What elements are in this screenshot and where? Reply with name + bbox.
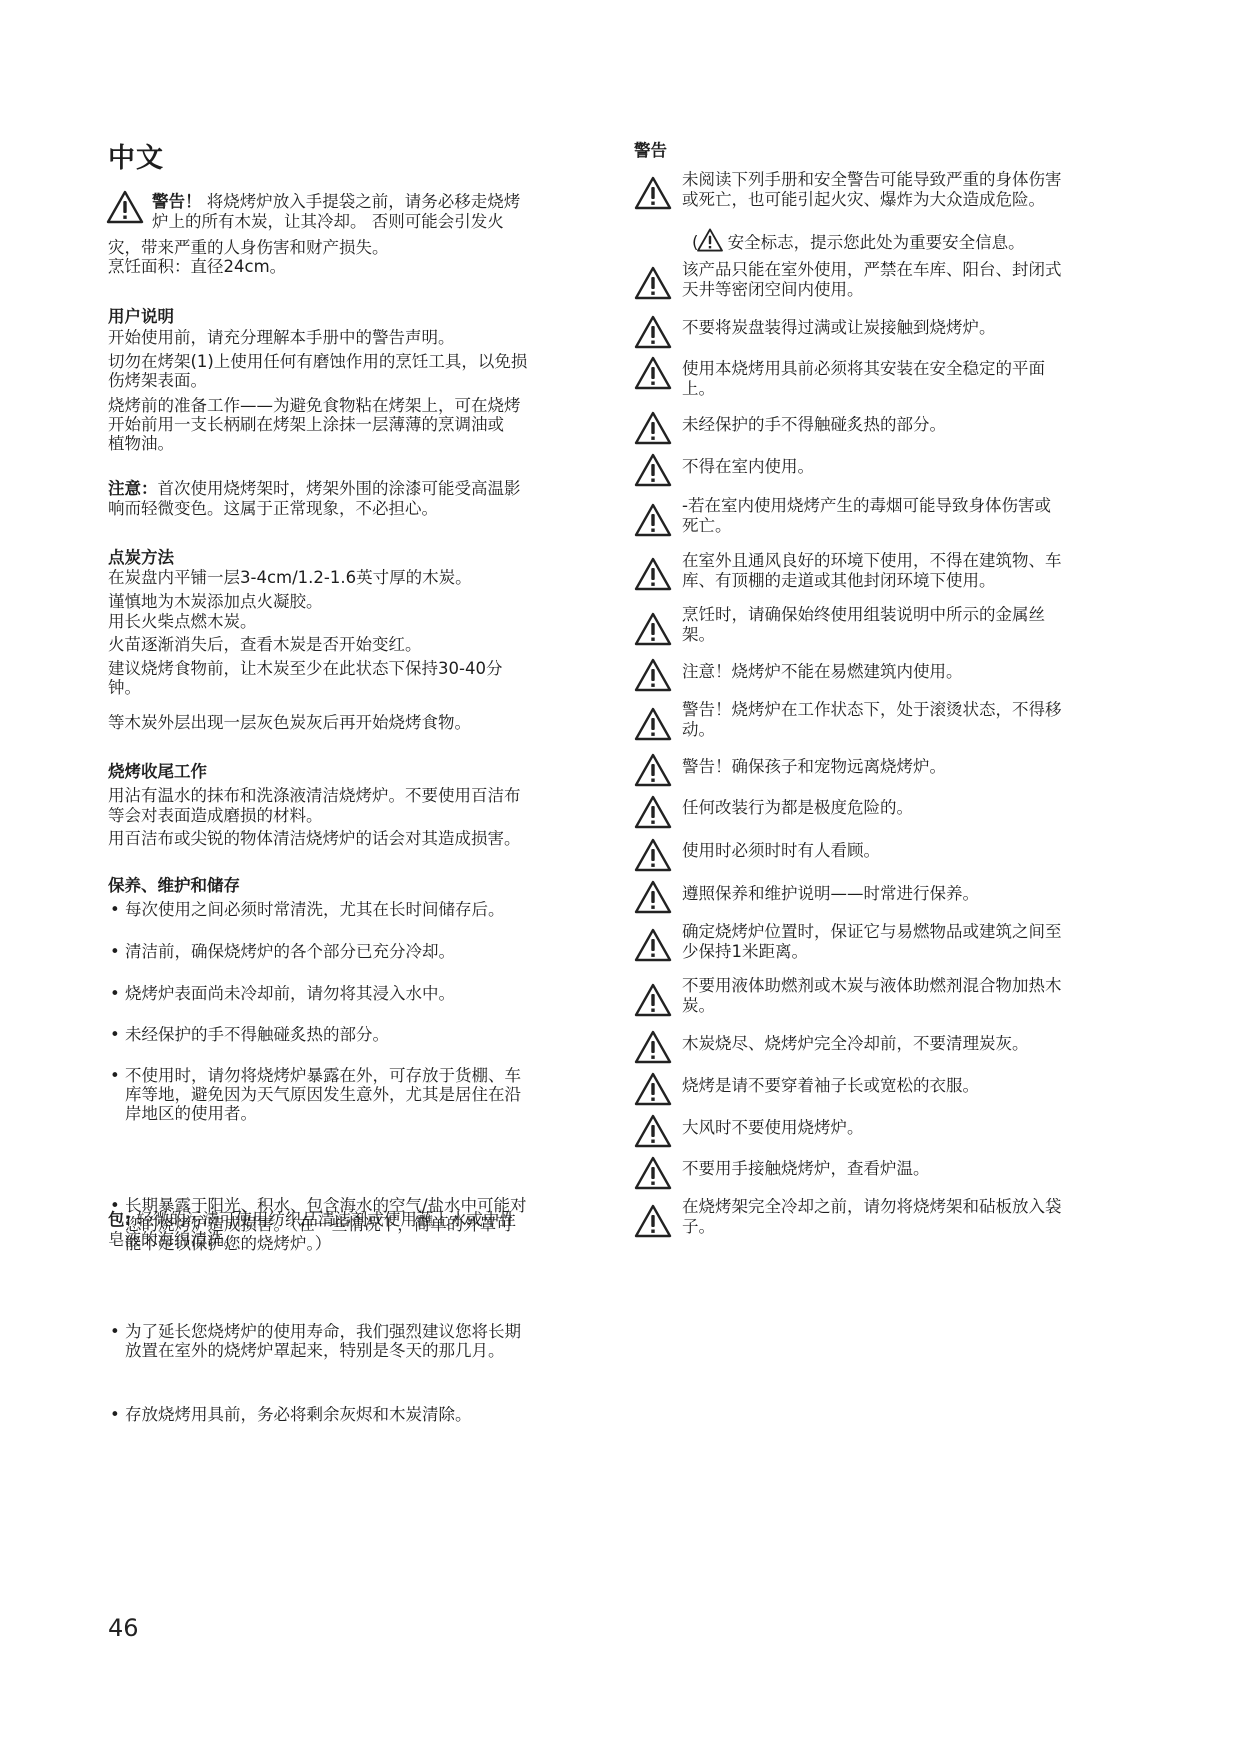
- left-column: 警告！ 将烧烤炉放入手提袋之前，请务必移走烧烤 炉上的所有木炭，让其冷却。 否则…: [108, 0, 608, 247]
- care-bullet: • 清洁前，确保烧烤炉的各个部分已充分冷却。: [108, 942, 625, 961]
- user-guide-line: 烧烤前的准备工作——为避免食物粘在烤架上，可在烧烤: [108, 396, 521, 415]
- warning-line: -若在室内使用烧烤产生的毒烟可能导致身体伤害或: [682, 496, 1134, 516]
- warning-line: 烧烤是请不要穿着袖子长或宽松的衣服。: [682, 1076, 1134, 1096]
- warning-triangle-icon: [634, 838, 672, 870]
- warning-item: 使用时必须时时有人看顾。: [634, 841, 1134, 861]
- warning-item: 在烧烤架完全冷却之前，请勿将烧烤架和砧板放入袋子。: [634, 1197, 1134, 1237]
- warning-line: 不得在室内使用。: [682, 457, 1134, 477]
- bullet-text: 每次使用之间必须时常清洗，尤其在长时间储存后。: [125, 900, 625, 919]
- warning-item: 该产品只能在室外使用，严禁在车库、阳台、封闭式天井等密闭空间内使用。: [634, 260, 1134, 300]
- warning-item: 不要将炭盘装得过满或让炭接触到烧烤炉。: [634, 318, 1134, 338]
- warning-triangle-icon: [634, 612, 672, 644]
- warning-triangle-icon: [634, 1072, 672, 1104]
- warning-line: 天井等密闭空间内使用。: [682, 280, 1134, 300]
- warning-text: 烹饪时，请确保始终使用组装说明中所示的金属丝架。: [682, 605, 1134, 645]
- warning-text: 使用时必须时时有人看顾。: [682, 841, 1134, 861]
- warning-line: 炭。: [682, 996, 1134, 1016]
- warning-line: 动。: [682, 720, 1134, 740]
- user-guide-line: 切勿在烤架(1)上使用任何有磨蚀作用的烹饪工具，以免损: [108, 352, 527, 371]
- lighting-line: 火苗逐渐消失后，查看木炭是否开始变红。: [108, 635, 422, 654]
- warning-triangle-icon: [634, 983, 672, 1015]
- bullet-dot: •: [110, 900, 120, 919]
- warning-line: 死亡。: [682, 516, 1134, 536]
- warning-triangle-icon: [634, 658, 672, 690]
- warning-text: 不得在室内使用。: [682, 457, 1134, 477]
- warning-text: 大风时不要使用烧烤炉。: [682, 1118, 1134, 1138]
- warning-line: 在烧烤架完全冷却之前，请勿将烧烤架和砧板放入袋: [682, 1197, 1134, 1217]
- warning-line: 任何改装行为都是极度危险的。: [682, 798, 1134, 818]
- warning-triangle-icon: [634, 880, 672, 912]
- warning-item: 使用本烧烤用具前必须将其安装在安全稳定的平面上。: [634, 359, 1134, 399]
- user-guide-line: 植物油。: [108, 434, 174, 453]
- safety-symbol-note: ( 安全标志，提示您此处为重要安全信息。: [692, 228, 1025, 252]
- warning-triangle-icon: [634, 557, 672, 589]
- warning-text: 未经保护的手不得触碰炙热的部分。: [682, 415, 1134, 435]
- bullet-text: 烧烤炉表面尚未冷却前，请勿将其浸入水中。: [125, 984, 625, 1003]
- bullet-text: 放置在室外的烧烤炉罩起来，特别是冬天的那几月。: [125, 1341, 625, 1360]
- warning-triangle-icon: [634, 266, 672, 298]
- intro-warning-line2: 炉上的所有木炭，让其冷却。 否则可能会引发火: [152, 212, 504, 231]
- warning-line: 不要用手接触烧烤炉，查看炉温。: [682, 1159, 1134, 1179]
- warning-item: 木炭烧尽、烧烤炉完全冷却前，不要清理炭灰。: [634, 1034, 1134, 1054]
- warning-line: 不要用液体助燃剂或木炭与液体助燃剂混合物加热木: [682, 976, 1134, 996]
- care-bullet: • 不使用时，请勿将烧烤炉暴露在外，可存放于货棚、车 库等地，避免因为天气原因发…: [108, 1066, 625, 1123]
- lighting-line: 用长火柴点燃木炭。: [108, 612, 257, 631]
- care-bullet: • 未经保护的手不得触碰炙热的部分。: [108, 1025, 625, 1044]
- warning-text: 确定烧烤炉位置时，保证它与易燃物品或建筑之间至少保持1米距离。: [682, 922, 1134, 962]
- bullet-text: 岸地区的使用者。: [125, 1104, 625, 1123]
- care-bullet: • 存放烧烤用具前，务必将剩余灰烬和木炭清除。: [108, 1405, 625, 1424]
- bag-label: 包:: [108, 1210, 131, 1229]
- warning-text: 木炭烧尽、烧烤炉完全冷却前，不要清理炭灰。: [682, 1034, 1134, 1054]
- warning-line: 在室外且通风良好的环境下使用，不得在建筑物、车: [682, 551, 1134, 571]
- user-guide-line: 开始使用前，请充分理解本手册中的警告声明。: [108, 328, 455, 347]
- bag-line2: 皂液的海绵清洗。: [108, 1230, 240, 1249]
- warning-line: 少保持1米距离。: [682, 942, 1134, 962]
- warning-item: 注意！烧烤炉不能在易燃建筑内使用。: [634, 662, 1134, 682]
- warning-item: -若在室内使用烧烤产生的毒烟可能导致身体伤害或死亡。: [634, 496, 1134, 536]
- warning-triangle-icon: [634, 503, 672, 535]
- lighting-line: 钟。: [108, 678, 141, 697]
- warning-line: 烹饪时，请确保始终使用组装说明中所示的金属丝: [682, 605, 1134, 625]
- warning-line: 使用时必须时时有人看顾。: [682, 841, 1134, 861]
- user-guide-line: 伤烤架表面。: [108, 371, 207, 390]
- lighting-line: 谨慎地为木炭添加点火凝胶。: [108, 592, 323, 611]
- warning-triangle-icon: [634, 356, 672, 388]
- bullet-text: 库等地，避免因为天气原因发生意外，尤其是居住在沿: [125, 1085, 625, 1104]
- finishing-line: 等会对表面造成磨损的材料。: [108, 806, 323, 825]
- bullet-text: 不使用时，请勿将烧烤炉暴露在外，可存放于货棚、车: [125, 1066, 625, 1085]
- warning-line: 未经保护的手不得触碰炙热的部分。: [682, 415, 1134, 435]
- warning-text: 注意！烧烤炉不能在易燃建筑内使用。: [682, 662, 1134, 682]
- finishing-line: 用沾有温水的抹布和洗涤液清洁烧烤炉。不要使用百洁布: [108, 786, 521, 805]
- intro-warning-line3: 灾，带来严重的人身伤害和财产损失。: [108, 238, 389, 257]
- note-label: 注意：: [108, 479, 158, 498]
- bullet-text: 存放烧烤用具前，务必将剩余灰烬和木炭清除。: [125, 1405, 625, 1424]
- warning-line: 使用本烧烤用具前必须将其安装在安全稳定的平面: [682, 359, 1134, 379]
- note-line1: 注意：首次使用烧烤架时，烤架外围的涂漆可能受高温影: [108, 479, 521, 498]
- warning-item: 大风时不要使用烧烤炉。: [634, 1118, 1134, 1138]
- warning-line: 架。: [682, 625, 1134, 645]
- warning-triangle-icon: [634, 707, 672, 739]
- warning-item: 不要用液体助燃剂或木炭与液体助燃剂混合物加热木炭。: [634, 976, 1134, 1016]
- warning-item: 确定烧烤炉位置时，保证它与易燃物品或建筑之间至少保持1米距离。: [634, 922, 1134, 962]
- warnings-heading: 警告: [634, 141, 667, 161]
- warning-item: 在室外且通风良好的环境下使用，不得在建筑物、车库、有顶棚的走道或其他封闭环境下使…: [634, 551, 1134, 591]
- warning-line: 警告！烧烤炉在工作状态下，处于滚烫状态，不得移: [682, 700, 1134, 720]
- bag-text: 轻微的污渍可使用纺织品清洁剂或使用蘸上水或中性: [131, 1210, 516, 1229]
- warning-triangle-icon: [634, 1030, 672, 1062]
- section-heading-finishing: 烧烤收尾工作: [108, 762, 207, 782]
- warning-text: 使用本烧烤用具前必须将其安装在安全稳定的平面上。: [682, 359, 1134, 399]
- lighting-line: 在炭盘内平铺一层3-4cm/1.2-1.6英寸厚的木炭。: [108, 568, 472, 587]
- bullet-text: 为了延长您烧烤炉的使用寿命，我们强烈建议您将长期: [125, 1322, 625, 1341]
- warning-line: 木炭烧尽、烧烤炉完全冷却前，不要清理炭灰。: [682, 1034, 1134, 1054]
- warning-triangle-icon: [634, 795, 672, 827]
- intro-warning-text: 将烧烤炉放入手提袋之前，请务必移走烧烤: [202, 192, 521, 211]
- warning-line: 大风时不要使用烧烤炉。: [682, 1118, 1134, 1138]
- warning-text: 不要将炭盘装得过满或让炭接触到烧烤炉。: [682, 318, 1134, 338]
- warning-text: -若在室内使用烧烤产生的毒烟可能导致身体伤害或死亡。: [682, 496, 1134, 536]
- warning-item: 烧烤是请不要穿着袖子长或宽松的衣服。: [634, 1076, 1134, 1096]
- bag-line1: 包: 轻微的污渍可使用纺织品清洁剂或使用蘸上水或中性: [108, 1210, 516, 1229]
- bullet-text: 清洁前，确保烧烤炉的各个部分已充分冷却。: [125, 942, 625, 961]
- lighting-line: 等木炭外层出现一层灰色炭灰后再开始烧烤食物。: [108, 713, 471, 732]
- warning-text: 遵照保养和维护说明——时常进行保养。: [682, 884, 1134, 904]
- care-bullet: • 每次使用之间必须时常清洗，尤其在长时间储存后。: [108, 900, 625, 919]
- warning-text: 未阅读下列手册和安全警告可能导致严重的身体伤害或死亡，也可能引起火灾、爆炸为大众…: [682, 170, 1134, 210]
- warning-line: 遵照保养和维护说明——时常进行保养。: [682, 884, 1134, 904]
- warning-line: 子。: [682, 1217, 1134, 1237]
- warning-triangle-icon: [634, 453, 672, 485]
- warning-triangle-icon: [634, 315, 672, 347]
- warning-item: 警告！确保孩子和宠物远离烧烤炉。: [634, 757, 1134, 777]
- warning-triangle-icon: [634, 928, 672, 960]
- bullet-dot: •: [110, 1066, 120, 1085]
- warning-line: 该产品只能在室外使用，严禁在车库、阳台、封闭式: [682, 260, 1134, 280]
- cooking-area: 烹饪面积：直径24cm。: [108, 257, 286, 276]
- bullet-text: 未经保护的手不得触碰炙热的部分。: [125, 1025, 625, 1044]
- care-bullet: • 烧烤炉表面尚未冷却前，请勿将其浸入水中。: [108, 984, 625, 1003]
- warning-line: 或死亡，也可能引起火灾、爆炸为大众造成危险。: [682, 190, 1134, 210]
- warning-text: 不要用液体助燃剂或木炭与液体助燃剂混合物加热木炭。: [682, 976, 1134, 1016]
- section-heading-lighting: 点炭方法: [108, 548, 174, 568]
- bullet-dot: •: [110, 1405, 120, 1424]
- safety-symbol-text: 安全标志，提示您此处为重要安全信息。: [722, 233, 1024, 252]
- bullet-dot: •: [110, 984, 120, 1003]
- warning-line: 不要将炭盘装得过满或让炭接触到烧烤炉。: [682, 318, 1134, 338]
- user-guide-line: 开始前用一支长柄刷在烤架上涂抹一层薄薄的烹调油或: [108, 415, 504, 434]
- warning-text: 在室外且通风良好的环境下使用，不得在建筑物、车库、有顶棚的走道或其他封闭环境下使…: [682, 551, 1134, 591]
- bullet-dot: •: [110, 1025, 120, 1044]
- warning-triangle-icon: [106, 190, 146, 226]
- intro-warning-line1: 警告！ 将烧烤炉放入手提袋之前，请务必移走烧烤: [152, 192, 612, 211]
- finishing-line: 用百洁布或尖锐的物体清洁烧烤炉的话会对其造成损害。: [108, 829, 521, 848]
- warning-text: 不要用手接触烧烤炉，查看炉温。: [682, 1159, 1134, 1179]
- warning-item: 未阅读下列手册和安全警告可能导致严重的身体伤害或死亡，也可能引起火灾、爆炸为大众…: [634, 170, 1134, 210]
- warning-item: 任何改装行为都是极度危险的。: [634, 798, 1134, 818]
- intro-warning-label: 警告！: [152, 192, 202, 211]
- warning-triangle-icon: [634, 753, 672, 785]
- warning-line: 库、有顶棚的走道或其他封闭环境下使用。: [682, 571, 1134, 591]
- warning-triangle-icon: [634, 176, 672, 208]
- warning-triangle-icon: [634, 1114, 672, 1146]
- warning-item: 烹饪时，请确保始终使用组装说明中所示的金属丝架。: [634, 605, 1134, 645]
- warning-triangle-icon: [634, 1156, 672, 1188]
- warning-line: 上。: [682, 379, 1134, 399]
- warning-text: 任何改装行为都是极度危险的。: [682, 798, 1134, 818]
- warning-triangle-icon: [696, 228, 722, 250]
- warning-item: 遵照保养和维护说明——时常进行保养。: [634, 884, 1134, 904]
- warning-line: 注意！烧烤炉不能在易燃建筑内使用。: [682, 662, 1134, 682]
- page-number: 46: [108, 1614, 139, 1642]
- section-heading-user-guide: 用户说明: [108, 307, 174, 327]
- section-heading-care: 保养、维护和储存: [108, 876, 240, 896]
- lighting-line: 建议烧烤食物前，让木炭至少在此状态下保持30-40分: [108, 659, 502, 678]
- warning-line: 警告！确保孩子和宠物远离烧烤炉。: [682, 757, 1134, 777]
- warning-line: 未阅读下列手册和安全警告可能导致严重的身体伤害: [682, 170, 1134, 190]
- note-text: 首次使用烧烤架时，烤架外围的涂漆可能受高温影: [158, 479, 521, 498]
- warning-line: 确定烧烤炉位置时，保证它与易燃物品或建筑之间至: [682, 922, 1134, 942]
- bullet-dot: •: [110, 1322, 120, 1341]
- warning-item: 警告！烧烤炉在工作状态下，处于滚烫状态，不得移动。: [634, 700, 1134, 740]
- warning-item: 不要用手接触烧烤炉，查看炉温。: [634, 1159, 1134, 1179]
- warning-text: 该产品只能在室外使用，严禁在车库、阳台、封闭式天井等密闭空间内使用。: [682, 260, 1134, 300]
- warning-text: 警告！确保孩子和宠物远离烧烤炉。: [682, 757, 1134, 777]
- warning-text: 警告！烧烤炉在工作状态下，处于滚烫状态，不得移动。: [682, 700, 1134, 740]
- warning-triangle-icon: [634, 411, 672, 443]
- care-bullet: • 为了延长您烧烤炉的使用寿命，我们强烈建议您将长期 放置在室外的烧烤炉罩起来，…: [108, 1322, 625, 1360]
- warning-item: 不得在室内使用。: [634, 457, 1134, 477]
- warning-text: 烧烤是请不要穿着袖子长或宽松的衣服。: [682, 1076, 1134, 1096]
- bullet-dot: •: [110, 942, 120, 961]
- warning-text: 在烧烤架完全冷却之前，请勿将烧烤架和砧板放入袋子。: [682, 1197, 1134, 1237]
- warning-triangle-icon: [634, 1204, 672, 1236]
- note-line2: 响而轻微变色。这属于正常现象，不必担心。: [108, 499, 438, 518]
- warning-item: 未经保护的手不得触碰炙热的部分。: [634, 415, 1134, 435]
